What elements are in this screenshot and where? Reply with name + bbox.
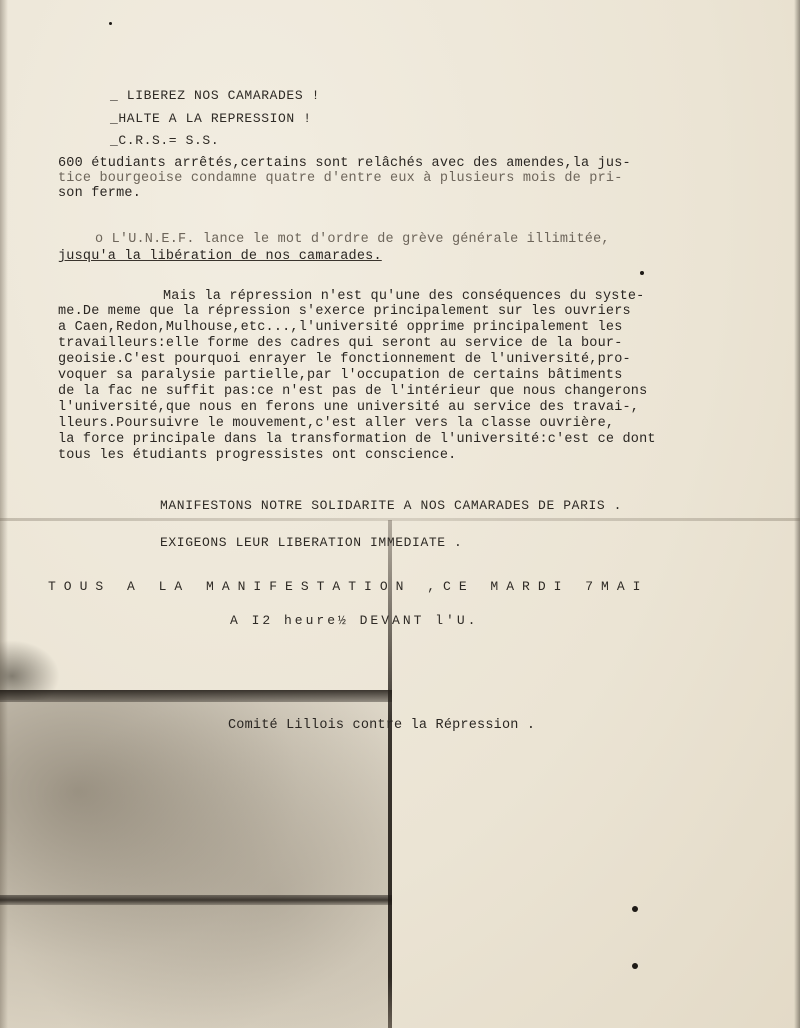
- main-line-7: de la fac ne suffit pas:ce n'est pas de …: [58, 384, 647, 399]
- fold-line-vertical: [388, 520, 392, 1028]
- main-line-3: a Caen,Redon,Mulhouse,etc...,l'universit…: [58, 320, 623, 335]
- main-line-1: Mais la répression n'est qu'une des cons…: [163, 289, 644, 304]
- main-line-4: travailleurs:elle forme des cadres qui s…: [58, 336, 623, 351]
- ink-spot: [640, 271, 644, 275]
- stain-area: [0, 690, 392, 1028]
- main-line-2: me.De meme que la répression s'exerce pr…: [58, 304, 631, 319]
- call-solidarity: MANIFESTONS NOTRE SOLIDARITE A NOS CAMAR…: [160, 498, 622, 513]
- ink-spot: [109, 22, 112, 25]
- main-line-6: voquer sa paralysie partielle,par l'occu…: [58, 368, 623, 383]
- ink-spot: [632, 963, 638, 969]
- main-line-8: l'université,que nous en ferons une univ…: [58, 400, 639, 415]
- manifestation-line-1: TOUS A LA MANIFESTATION ,CE MARDI 7MAI: [48, 579, 648, 594]
- call-liberation: EXIGEONS LEUR LIBERATION IMMEDIATE .: [160, 535, 462, 550]
- scanned-page: _ LIBEREZ NOS CAMARADES ! _HALTE A LA RE…: [0, 0, 800, 1028]
- page-edge-right: [794, 0, 800, 1028]
- stain-line-top: [0, 690, 392, 702]
- intro-line-1: 600 étudiants arrêtés,certains sont relâ…: [58, 156, 631, 171]
- unef-line-2: jusqu'a la libération de nos camarades.: [58, 249, 382, 264]
- signature: Comité Lillois contre la Répression .: [228, 718, 535, 733]
- manifestation-line-2: A I2 heure½ DEVANT l'U.: [230, 613, 478, 628]
- slogan-1: _ LIBEREZ NOS CAMARADES !: [110, 88, 320, 103]
- main-line-10: la force principale dans la transformati…: [58, 432, 656, 447]
- main-line-9: lleurs.Poursuivre le mouvement,c'est all…: [58, 416, 614, 431]
- slogan-3: _C.R.S.= S.S.: [110, 133, 219, 148]
- main-line-11: tous les étudiants progressistes ont con…: [58, 448, 456, 463]
- ink-spot: [632, 906, 638, 912]
- fold-line-horizontal: [0, 518, 800, 521]
- main-line-5: geoisie.C'est pourquoi enrayer le foncti…: [58, 352, 631, 367]
- unef-line-1: o L'U.N.E.F. lance le mot d'ordre de grè…: [95, 232, 610, 247]
- slogan-2: _HALTE A LA REPRESSION !: [110, 111, 312, 126]
- intro-line-2: tice bourgeoise condamne quatre d'entre …: [58, 171, 623, 186]
- intro-line-3: son ferme.: [58, 186, 141, 201]
- stain-line-bottom: [0, 895, 392, 905]
